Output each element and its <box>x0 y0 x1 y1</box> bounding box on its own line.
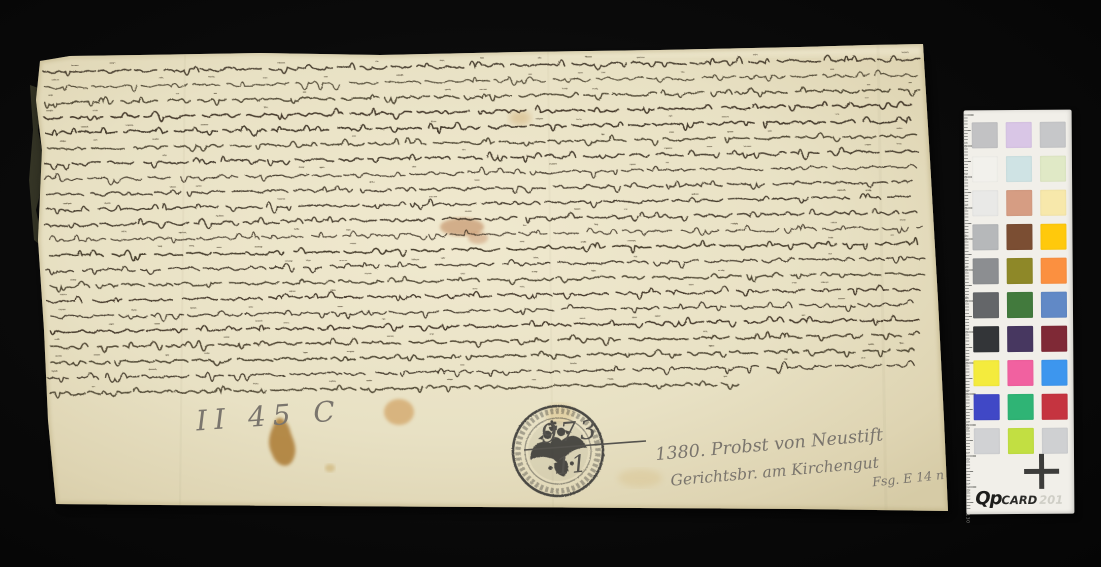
ruler-label: 50 <box>963 265 968 272</box>
ruler-label: 120 <box>964 482 969 492</box>
qpcard-logo: QpCARD201 <box>975 488 1063 510</box>
ruler-label: 110 <box>964 451 969 461</box>
color-patch <box>972 122 998 148</box>
color-patch <box>1041 360 1067 386</box>
ruler-label: 60 <box>963 296 968 303</box>
color-patch <box>973 258 999 284</box>
photo-stage: II 45 C 973 11 1380. Probst von Neustift… <box>0 0 1101 567</box>
color-patch <box>973 292 999 318</box>
color-patch <box>1041 258 1067 284</box>
color-patch <box>1007 326 1033 352</box>
ruler-label: 10 <box>962 141 967 148</box>
color-patch <box>1040 122 1066 148</box>
color-patch <box>972 224 998 250</box>
color-patch <box>1040 156 1066 182</box>
color-patch <box>973 360 999 386</box>
ruler-label: 80 <box>963 358 968 365</box>
color-calibration-card: 102030405060708090100110120130 QpCARD201 <box>964 110 1075 515</box>
color-patch <box>972 190 998 216</box>
color-patch <box>1042 394 1068 420</box>
ruler-label: 130 <box>964 513 969 523</box>
color-patch <box>1006 224 1032 250</box>
color-patch <box>1042 428 1068 454</box>
ruler-label: 30 <box>962 203 967 210</box>
color-patch <box>1041 326 1067 352</box>
color-patch <box>1007 292 1033 318</box>
qpcard-model: 201 <box>1039 493 1063 507</box>
color-patch <box>1006 122 1032 148</box>
color-patch <box>1040 224 1066 250</box>
color-patch <box>1040 190 1066 216</box>
charter-document: II 45 C 973 11 1380. Probst von Neustift… <box>0 0 1101 567</box>
color-patch <box>1041 292 1067 318</box>
ruler-label: 70 <box>963 327 968 334</box>
color-patch <box>973 326 999 352</box>
qpcard-brand-suffix: CARD <box>1001 493 1037 507</box>
qpcard-brand: Qp <box>975 488 1001 509</box>
color-patch <box>1007 360 1033 386</box>
color-patch <box>1006 190 1032 216</box>
color-patch <box>974 428 1000 454</box>
color-patch <box>972 156 998 182</box>
color-patch <box>1006 156 1032 182</box>
ruler-label: 100 <box>964 420 969 430</box>
ruler-label: 20 <box>962 172 967 179</box>
ruler-label: 40 <box>962 234 967 241</box>
ruler-label: 90 <box>964 389 969 396</box>
color-patch <box>974 394 1000 420</box>
archive-number-denominator: 11 <box>555 449 588 480</box>
color-patch <box>1007 258 1033 284</box>
registration-cross-icon <box>1024 454 1059 489</box>
color-patch <box>1008 428 1034 454</box>
color-patch <box>1008 394 1034 420</box>
